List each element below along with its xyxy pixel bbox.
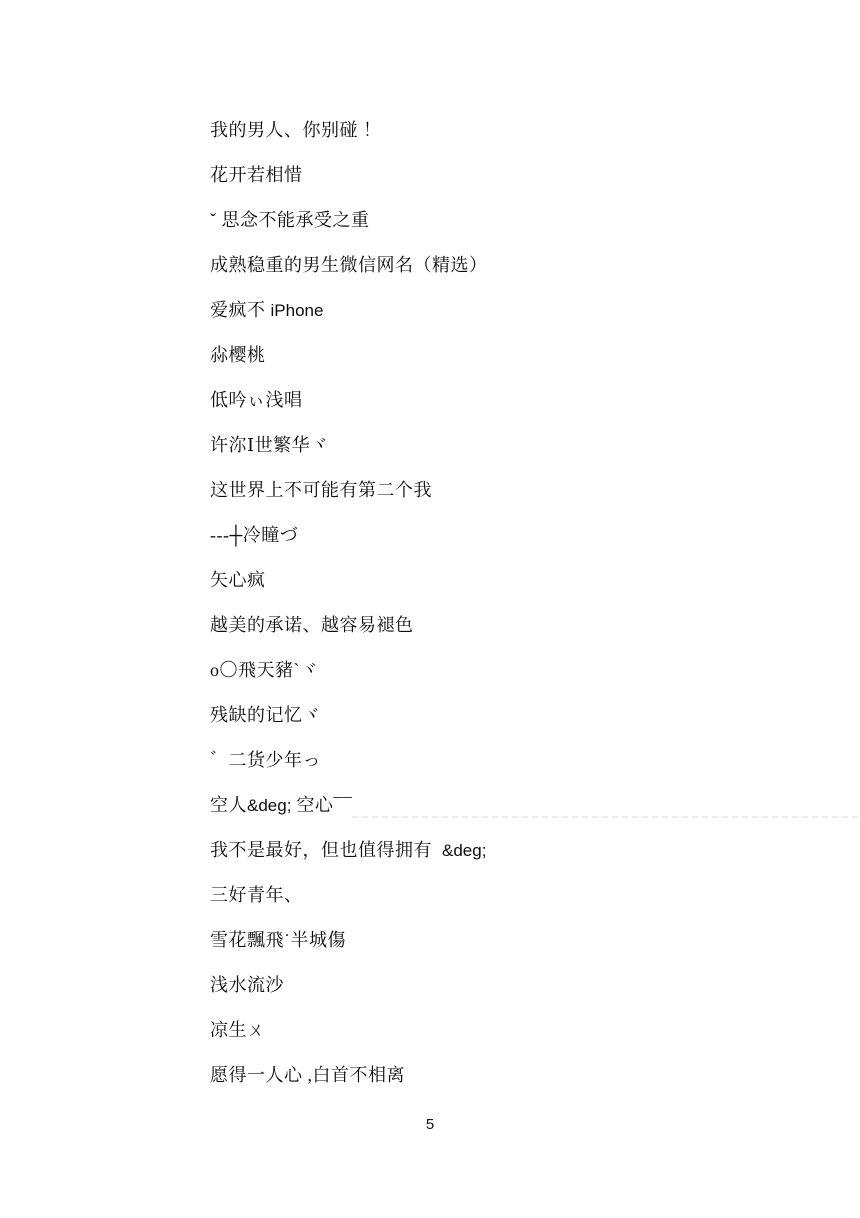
faint-dashed-rule: [352, 816, 858, 818]
nickname-line: 我的男人、你别碰 ！: [210, 108, 488, 153]
nickname-text: 愿得一人心 ,白首不相离: [210, 1065, 405, 1085]
nickname-text-latin: &deg;: [442, 841, 486, 860]
nickname-text: 雪花飄飛˙半城傷: [210, 930, 346, 950]
nickname-line: o〇飛天豬`ヾ: [210, 648, 488, 693]
page-number: 5: [0, 1112, 860, 1138]
nickname-list: 我的男人、你别碰 ！花开若相惜ˇ 思念不能承受之重成熟稳重的男生微信网名（精选）…: [210, 108, 488, 1098]
nickname-line: 低吟ぃ浅唱: [210, 378, 488, 423]
nickname-text: 尛樱桃: [210, 345, 266, 365]
nickname-line: 凉生ㄨ: [210, 1008, 488, 1053]
nickname-text: 成熟稳重的男生微信网名（精选）: [210, 255, 488, 275]
nickname-text: 低吟ぃ浅唱: [210, 390, 303, 410]
document-page: 我的男人、你别碰 ！花开若相惜ˇ 思念不能承受之重成熟稳重的男生微信网名（精选）…: [0, 0, 860, 1218]
nickname-text: 残缺的记忆ヾ: [210, 705, 321, 725]
nickname-text-latin: iPhone: [271, 301, 324, 320]
nickname-line: ˇ 思念不能承受之重: [210, 198, 488, 243]
nickname-text-latin: &deg;: [247, 796, 291, 815]
nickname-line: 残缺的记忆ヾ: [210, 693, 488, 738]
nickname-text: 我不是最好，但也值得拥有: [210, 840, 442, 860]
nickname-text: 花开若相惜: [210, 165, 303, 185]
nickname-line: 爱疯不 iPhone: [210, 288, 488, 333]
nickname-line: 矢心疯: [210, 558, 488, 603]
nickname-text: 这世界上不可能有第二个我: [210, 480, 432, 500]
nickname-line: 空人&deg; 空心¯¯: [210, 783, 488, 828]
nickname-line: 成熟稳重的男生微信网名（精选）: [210, 243, 488, 288]
nickname-text: 空心¯¯: [291, 795, 352, 815]
nickname-text: ---┼冷瞳づ: [210, 525, 298, 545]
nickname-text: o〇飛天豬`ヾ: [210, 660, 319, 680]
nickname-line: 花开若相惜: [210, 153, 488, 198]
nickname-line: 雪花飄飛˙半城傷: [210, 918, 488, 963]
nickname-line: 愿得一人心 ,白首不相离: [210, 1053, 488, 1098]
nickname-text: ˇ 思念不能承受之重: [210, 210, 370, 230]
nickname-text: 爱疯不: [210, 300, 271, 320]
nickname-line: 三好青年、: [210, 873, 488, 918]
nickname-line: 浅水流沙: [210, 963, 488, 1008]
nickname-line: ---┼冷瞳づ: [210, 513, 488, 558]
nickname-line: 许沵Ⅰ世繁华ヾ: [210, 423, 488, 468]
nickname-line: 我不是最好，但也值得拥有 &deg;: [210, 828, 488, 873]
nickname-line: 尛樱桃: [210, 333, 488, 378]
nickname-line: 这世界上不可能有第二个我: [210, 468, 488, 513]
nickname-text: 空人: [210, 795, 247, 815]
nickname-text: 三好青年、: [210, 885, 303, 905]
nickname-text: 越美的承诺、越容易褪色: [210, 615, 414, 635]
nickname-text: 浅水流沙: [210, 975, 284, 995]
nickname-line: 越美的承诺、越容易褪色: [210, 603, 488, 648]
nickname-text: 矢心疯: [210, 570, 266, 590]
nickname-text: 许沵Ⅰ世繁华ヾ: [210, 435, 329, 455]
nickname-text: 我的男人、你别碰 ！: [210, 120, 382, 140]
nickname-text: ゛二货少年っ: [210, 750, 321, 770]
nickname-line: ゛二货少年っ: [210, 738, 488, 783]
nickname-text: 凉生ㄨ: [210, 1020, 266, 1040]
